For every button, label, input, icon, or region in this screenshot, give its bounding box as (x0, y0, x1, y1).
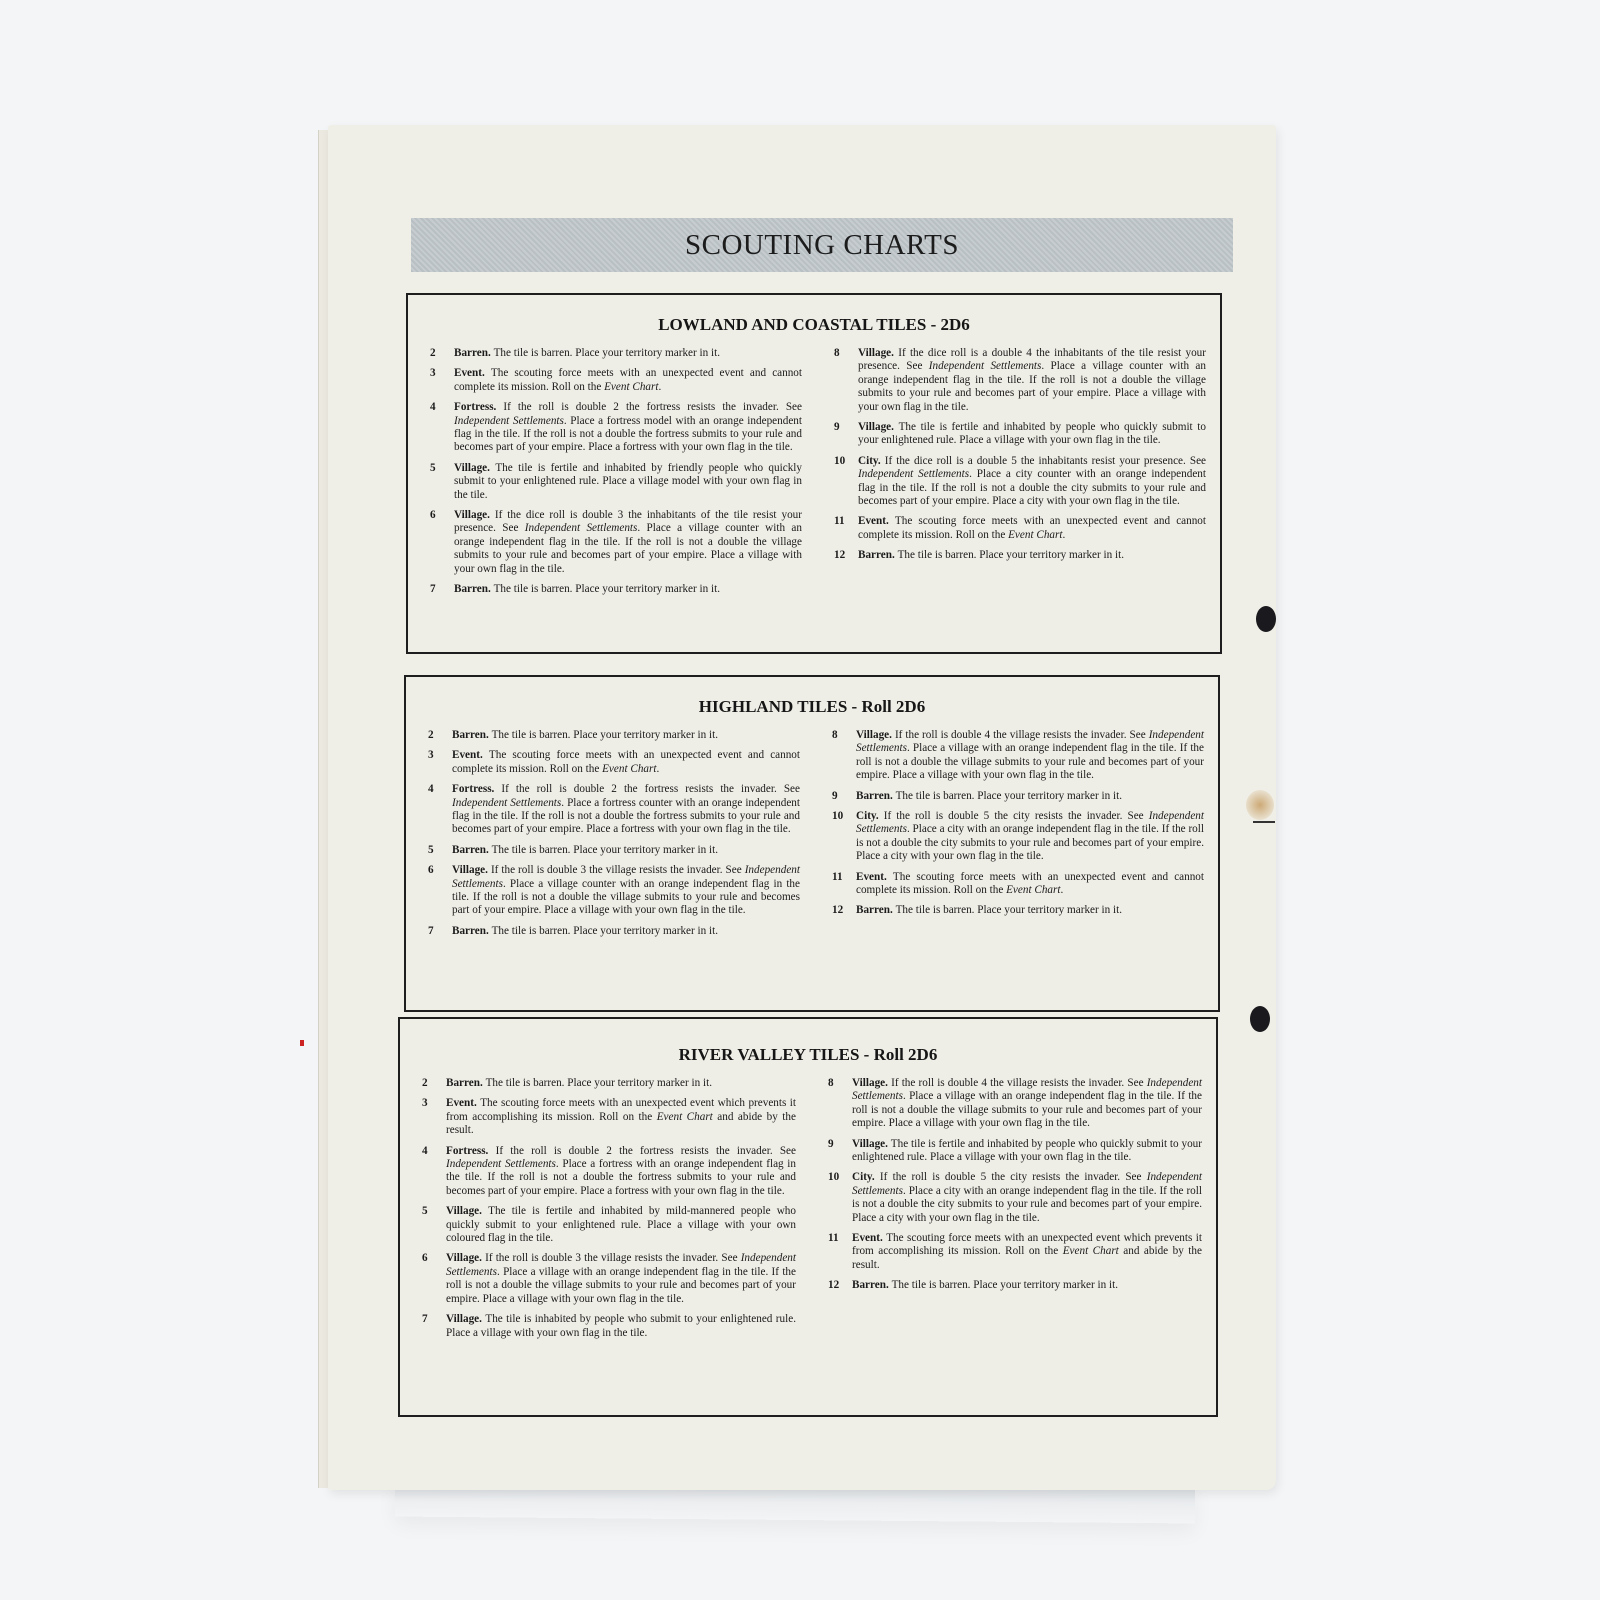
entry-type: Village. (452, 864, 491, 876)
roll-number: 4 (422, 401, 454, 455)
roll-number: 6 (420, 864, 452, 918)
chart-heading: HIGHLAND TILES - Roll 2D6 (406, 697, 1218, 717)
roll-number: 2 (420, 729, 452, 742)
roll-number: 2 (414, 1077, 446, 1090)
entry-type: Event. (852, 1232, 886, 1244)
entry-text: Village. If the roll is double 3 the vil… (446, 1252, 796, 1306)
roll-number: 11 (824, 871, 856, 898)
entry-text: Fortress. If the roll is double 2 the fo… (446, 1145, 796, 1199)
chart-entry: 12Barren. The tile is barren. Place your… (826, 549, 1206, 562)
roll-number: 10 (824, 810, 856, 864)
entry-text: Village. The tile is fertile and inhabit… (454, 462, 802, 502)
entry-type: Barren. (454, 347, 494, 359)
chart-entry: 7Barren. The tile is barren. Place your … (420, 925, 800, 938)
chart-entry: 12Barren. The tile is barren. Place your… (820, 1279, 1202, 1292)
roll-number: 4 (414, 1145, 446, 1199)
roll-number: 3 (420, 749, 452, 776)
chart-heading: LOWLAND AND COASTAL TILES - 2D6 (408, 315, 1220, 335)
chart-entry: 5Village. The tile is fertile and inhabi… (422, 462, 802, 502)
roll-number: 7 (414, 1313, 446, 1340)
entry-text: Fortress. If the roll is double 2 the fo… (454, 401, 802, 455)
chart-entry: 7Village. The tile is inhabited by peopl… (414, 1313, 796, 1340)
chart-entry: 9Barren. The tile is barren. Place your … (824, 790, 1204, 803)
entry-type: Barren. (452, 925, 492, 937)
entry-type: Barren. (454, 583, 494, 595)
entry-text: Barren. The tile is barren. Place your t… (856, 790, 1204, 803)
italic-reference: Independent Settlements (446, 1158, 556, 1170)
italic-reference: Independent Settlements (852, 1077, 1202, 1102)
chart-right-column: 8Village. If the dice roll is a double 4… (826, 347, 1206, 604)
italic-reference: Independent Settlements (452, 797, 561, 809)
chart-entry: 6Village. If the dice roll is double 3 t… (422, 509, 802, 576)
chart-entry: 11Event. The scouting force meets with a… (826, 515, 1206, 542)
roll-number: 12 (820, 1279, 852, 1292)
roll-number: 12 (826, 549, 858, 562)
roll-number: 10 (820, 1171, 852, 1225)
roll-number: 9 (826, 421, 858, 448)
italic-reference: Independent Settlements (856, 729, 1204, 754)
entry-type: Village. (858, 421, 899, 433)
entry-text: Event. The scouting force meets with an … (446, 1097, 796, 1137)
entry-text: Village. The tile is fertile and inhabit… (446, 1205, 796, 1245)
entry-type: Event. (452, 749, 489, 761)
roll-number: 5 (422, 462, 454, 502)
roll-number: 7 (422, 583, 454, 596)
entry-text: Village. If the roll is double 4 the vil… (856, 729, 1204, 783)
chart-river-valley: RIVER VALLEY TILES - Roll 2D6 2Barren. T… (398, 1017, 1218, 1417)
chart-lowland-coastal: LOWLAND AND COASTAL TILES - 2D6 2Barren.… (406, 293, 1222, 654)
italic-reference: Independent Settlements (525, 522, 638, 534)
roll-number: 3 (414, 1097, 446, 1137)
chart-left-column: 2Barren. The tile is barren. Place your … (420, 729, 800, 945)
entry-type: City. (858, 455, 885, 467)
italic-reference: Event Chart (602, 763, 656, 775)
entry-type: Village. (446, 1313, 485, 1325)
entry-type: Village. (446, 1252, 485, 1264)
chart-entry: 9Village. The tile is fertile and inhabi… (820, 1138, 1202, 1165)
chart-entry: 7Barren. The tile is barren. Place your … (422, 583, 802, 596)
entry-text: Barren. The tile is barren. Place your t… (852, 1279, 1202, 1292)
entry-type: Village. (858, 347, 898, 359)
chart-entry: 2Barren. The tile is barren. Place your … (422, 347, 802, 360)
chart-left-column: 2Barren. The tile is barren. Place your … (414, 1077, 796, 1347)
roll-number: 9 (820, 1138, 852, 1165)
entry-text: Village. The tile is fertile and inhabit… (852, 1138, 1202, 1165)
entry-type: Village. (446, 1205, 488, 1217)
italic-reference: Independent Settlements (852, 1171, 1202, 1196)
chart-entry: 5Barren. The tile is barren. Place your … (420, 844, 800, 857)
roll-number: 6 (414, 1252, 446, 1306)
entry-text: Village. If the roll is double 4 the vil… (852, 1077, 1202, 1131)
paper-stain (1246, 790, 1274, 820)
entry-type: Barren. (856, 904, 896, 916)
entry-text: Village. If the dice roll is double 3 th… (454, 509, 802, 576)
entry-type: Village. (852, 1077, 891, 1089)
red-mark (300, 1040, 304, 1046)
entry-text: Barren. The tile is barren. Place your t… (452, 729, 800, 742)
punch-hole-bottom (1250, 1006, 1270, 1032)
chart-entry: 10City. If the roll is double 5 the city… (824, 810, 1204, 864)
roll-number: 9 (824, 790, 856, 803)
entry-type: Fortress. (446, 1145, 496, 1157)
entry-text: Barren. The tile is barren. Place your t… (454, 583, 802, 596)
title-banner: SCOUTING CHARTS (411, 218, 1233, 272)
entry-type: Event. (858, 515, 895, 527)
entry-text: Barren. The tile is barren. Place your t… (452, 844, 800, 857)
chart-entry: 11Event. The scouting force meets with a… (820, 1232, 1202, 1272)
roll-number: 6 (422, 509, 454, 576)
italic-reference: Independent Settlements (858, 468, 969, 480)
entry-text: Barren. The tile is barren. Place your t… (454, 347, 802, 360)
roll-number: 2 (422, 347, 454, 360)
chart-right-column: 8Village. If the roll is double 4 the vi… (824, 729, 1204, 945)
italic-reference: Event Chart (604, 381, 658, 393)
entry-text: City. If the roll is double 5 the city r… (856, 810, 1204, 864)
italic-reference: Event Chart (1006, 884, 1060, 896)
italic-reference: Event Chart (657, 1111, 713, 1123)
entry-type: City. (856, 810, 884, 822)
entry-type: Barren. (452, 729, 492, 741)
italic-reference: Event Chart (1008, 529, 1062, 541)
entry-type: Event. (454, 367, 491, 379)
entry-type: Village. (454, 462, 495, 474)
entry-text: Village. The tile is fertile and inhabit… (858, 421, 1206, 448)
chart-entry: 2Barren. The tile is barren. Place your … (414, 1077, 796, 1090)
entry-type: Village. (454, 509, 495, 521)
roll-number: 3 (422, 367, 454, 394)
chart-entry: 3Event. The scouting force meets with an… (414, 1097, 796, 1137)
italic-reference: Independent Settlements (929, 360, 1042, 372)
entry-type: Fortress. (454, 401, 503, 413)
entry-text: Barren. The tile is barren. Place your t… (452, 925, 800, 938)
entry-type: Event. (856, 871, 893, 883)
italic-reference: Independent Settlements (454, 415, 564, 427)
chart-highland: HIGHLAND TILES - Roll 2D6 2Barren. The t… (404, 675, 1220, 1012)
roll-number: 4 (420, 783, 452, 837)
chart-entry: 4Fortress. If the roll is double 2 the f… (422, 401, 802, 455)
roll-number: 7 (420, 925, 452, 938)
roll-number: 8 (820, 1077, 852, 1131)
entry-text: Village. If the dice roll is a double 4 … (858, 347, 1206, 414)
entry-text: City. If the dice roll is a double 5 the… (858, 455, 1206, 509)
italic-reference: Independent Settlements (452, 864, 800, 889)
roll-number: 11 (826, 515, 858, 542)
entry-text: Fortress. If the roll is double 2 the fo… (452, 783, 800, 837)
chart-left-column: 2Barren. The tile is barren. Place your … (422, 347, 802, 604)
entry-type: Village. (852, 1138, 891, 1150)
chart-entry: 3Event. The scouting force meets with an… (420, 749, 800, 776)
chart-entry: 2Barren. The tile is barren. Place your … (420, 729, 800, 742)
roll-number: 8 (826, 347, 858, 414)
chart-entry: 12Barren. The tile is barren. Place your… (824, 904, 1204, 917)
roll-number: 10 (826, 455, 858, 509)
entry-type: City. (852, 1171, 880, 1183)
chart-right-column: 8Village. If the roll is double 4 the vi… (820, 1077, 1202, 1347)
entry-type: Event. (446, 1097, 480, 1109)
entry-text: Event. The scouting force meets with an … (856, 871, 1204, 898)
entry-text: Village. If the roll is double 3 the vil… (452, 864, 800, 918)
chart-entry: 8Village. If the roll is double 4 the vi… (820, 1077, 1202, 1131)
chart-entry: 8Village. If the dice roll is a double 4… (826, 347, 1206, 414)
entry-type: Barren. (452, 844, 492, 856)
chart-entry: 6Village. If the roll is double 3 the vi… (420, 864, 800, 918)
chart-entry: 8Village. If the roll is double 4 the vi… (824, 729, 1204, 783)
chart-entry: 3Event. The scouting force meets with an… (422, 367, 802, 394)
italic-reference: Independent Settlements (446, 1252, 796, 1277)
entry-text: Event. The scouting force meets with an … (452, 749, 800, 776)
entry-text: Event. The scouting force meets with an … (858, 515, 1206, 542)
entry-type: Barren. (858, 549, 898, 561)
tick-mark (1253, 821, 1275, 823)
punch-hole-top (1256, 606, 1276, 632)
entry-text: Event. The scouting force meets with an … (454, 367, 802, 394)
roll-number: 5 (414, 1205, 446, 1245)
chart-entry: 4Fortress. If the roll is double 2 the f… (414, 1145, 796, 1199)
entry-type: Barren. (852, 1279, 892, 1291)
chart-heading: RIVER VALLEY TILES - Roll 2D6 (400, 1045, 1216, 1065)
entry-text: Barren. The tile is barren. Place your t… (856, 904, 1204, 917)
entry-text: City. If the roll is double 5 the city r… (852, 1171, 1202, 1225)
chart-entry: 10City. If the dice roll is a double 5 t… (826, 455, 1206, 509)
chart-entry: 5Village. The tile is fertile and inhabi… (414, 1205, 796, 1245)
roll-number: 11 (820, 1232, 852, 1272)
entry-text: Village. The tile is inhabited by people… (446, 1313, 796, 1340)
italic-reference: Event Chart (1063, 1245, 1119, 1257)
entry-type: Barren. (856, 790, 896, 802)
entry-text: Barren. The tile is barren. Place your t… (446, 1077, 796, 1090)
page-title: SCOUTING CHARTS (685, 229, 959, 262)
roll-number: 5 (420, 844, 452, 857)
chart-entry: 4Fortress. If the roll is double 2 the f… (420, 783, 800, 837)
entry-type: Village. (856, 729, 895, 741)
roll-number: 8 (824, 729, 856, 783)
entry-text: Barren. The tile is barren. Place your t… (858, 549, 1206, 562)
entry-type: Fortress. (452, 783, 501, 795)
entry-text: Event. The scouting force meets with an … (852, 1232, 1202, 1272)
chart-entry: 6Village. If the roll is double 3 the vi… (414, 1252, 796, 1306)
roll-number: 12 (824, 904, 856, 917)
entry-type: Barren. (446, 1077, 486, 1089)
chart-entry: 11Event. The scouting force meets with a… (824, 871, 1204, 898)
chart-entry: 9Village. The tile is fertile and inhabi… (826, 421, 1206, 448)
italic-reference: Independent Settlements (856, 810, 1204, 835)
chart-entry: 10City. If the roll is double 5 the city… (820, 1171, 1202, 1225)
